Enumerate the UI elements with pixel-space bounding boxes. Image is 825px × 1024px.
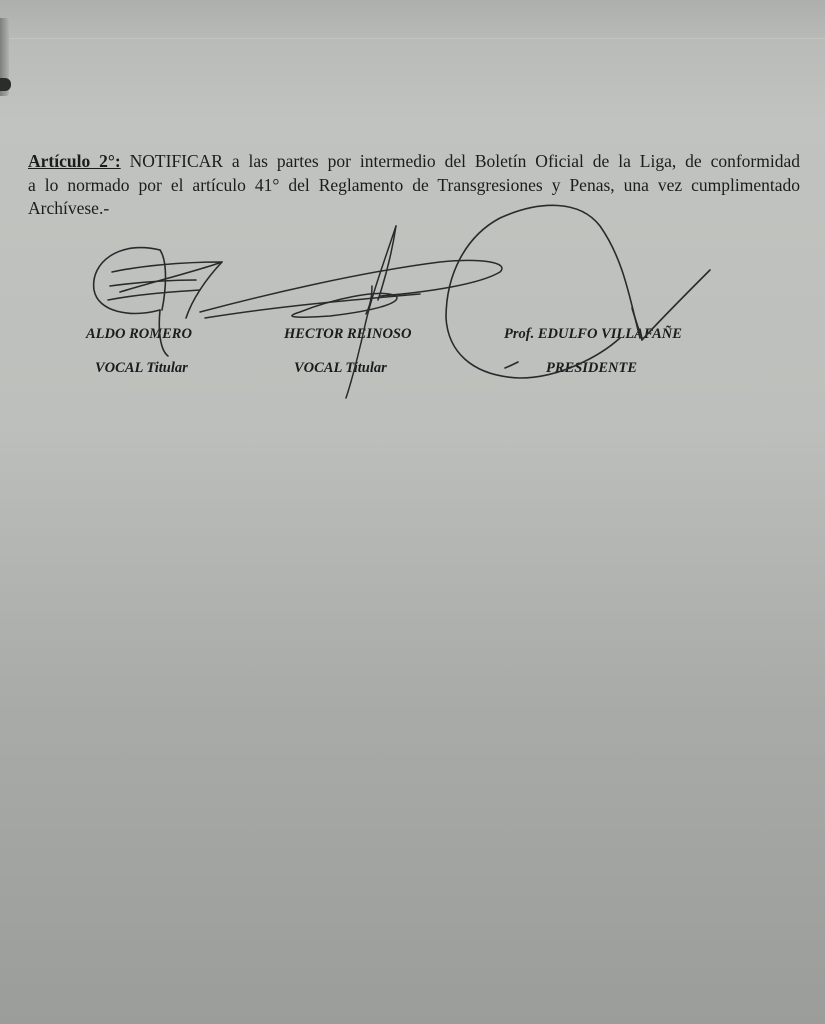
article-line-3: Archívese.- (28, 197, 800, 221)
article-line-2: a lo normado por el artículo 41° del Reg… (28, 174, 800, 198)
signatory-role-2: VOCAL Titular (294, 360, 387, 377)
signature-edulfo-villafane (446, 205, 710, 378)
page-top-edge (0, 0, 825, 39)
signatory-name-3: Prof. EDULFO VILLAFAÑE (504, 326, 682, 343)
signatory-role-1: VOCAL Titular (95, 360, 188, 377)
article-label: Artículo 2°: (28, 151, 121, 171)
article-line-1-text: NOTIFICAR a las partes por intermedio de… (121, 151, 800, 171)
signatory-name-1: ALDO ROMERO (86, 326, 192, 343)
signatory-name-2: HECTOR REINOSO (284, 326, 411, 343)
article-line-1: Artículo 2°: NOTIFICAR a las partes por … (28, 150, 800, 174)
binder-knob (0, 78, 11, 91)
signatory-role-3: PRESIDENTE (546, 360, 637, 377)
article-2-paragraph: Artículo 2°: NOTIFICAR a las partes por … (28, 150, 800, 221)
